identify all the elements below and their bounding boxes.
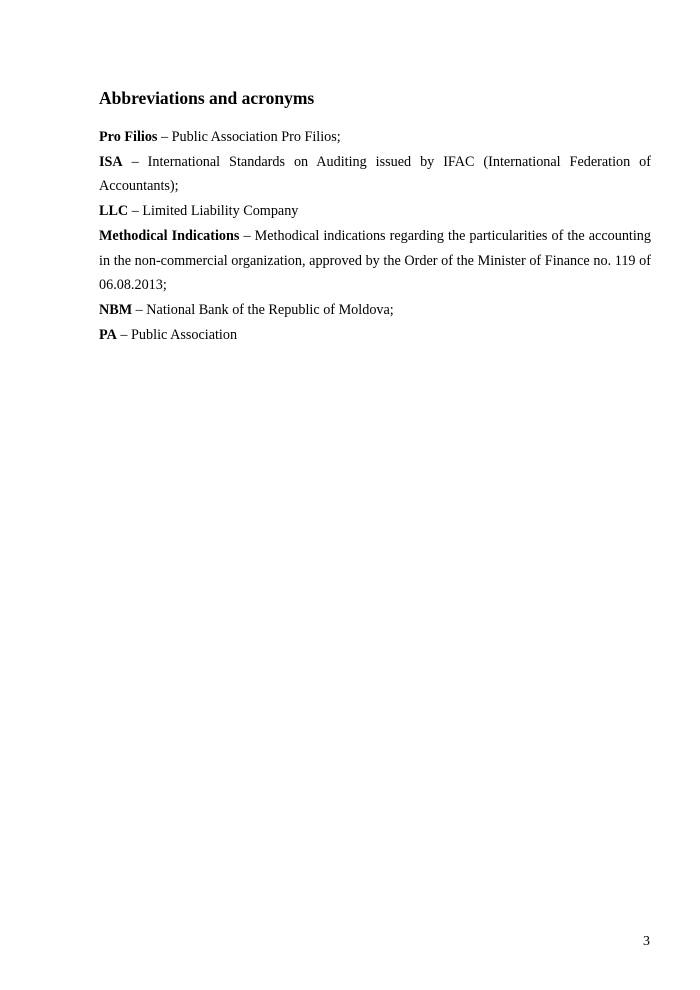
- abbreviation-definition: – Limited Liability Company: [128, 203, 298, 219]
- abbreviation-term: ISA: [99, 154, 123, 170]
- abbreviation-entry: PA – Public Association: [99, 323, 651, 347]
- abbreviation-definition: – International Standards on Auditing is…: [99, 154, 651, 194]
- page-title: Abbreviations and acronyms: [99, 88, 314, 109]
- abbreviation-definition: – National Bank of the Republic of Moldo…: [132, 302, 394, 318]
- abbreviation-term: Pro Filios: [99, 129, 157, 145]
- abbreviation-term: NBM: [99, 302, 132, 318]
- abbreviation-entry: Methodical Indications – Methodical indi…: [99, 224, 651, 297]
- abbreviation-entry: Pro Filios – Public Association Pro Fili…: [99, 125, 651, 149]
- abbreviation-entry: NBM – National Bank of the Republic of M…: [99, 298, 651, 322]
- abbreviation-term: LLC: [99, 203, 128, 219]
- abbreviation-definition: – Public Association: [117, 327, 237, 343]
- abbreviation-entry: ISA – International Standards on Auditin…: [99, 150, 651, 199]
- abbreviation-term: Methodical Indications: [99, 228, 239, 244]
- abbreviations-list: Pro Filios – Public Association Pro Fili…: [99, 125, 651, 348]
- abbreviation-definition: – Public Association Pro Filios;: [157, 129, 340, 145]
- page-number: 3: [643, 934, 650, 950]
- abbreviation-entry: LLC – Limited Liability Company: [99, 199, 651, 223]
- abbreviation-term: PA: [99, 327, 117, 343]
